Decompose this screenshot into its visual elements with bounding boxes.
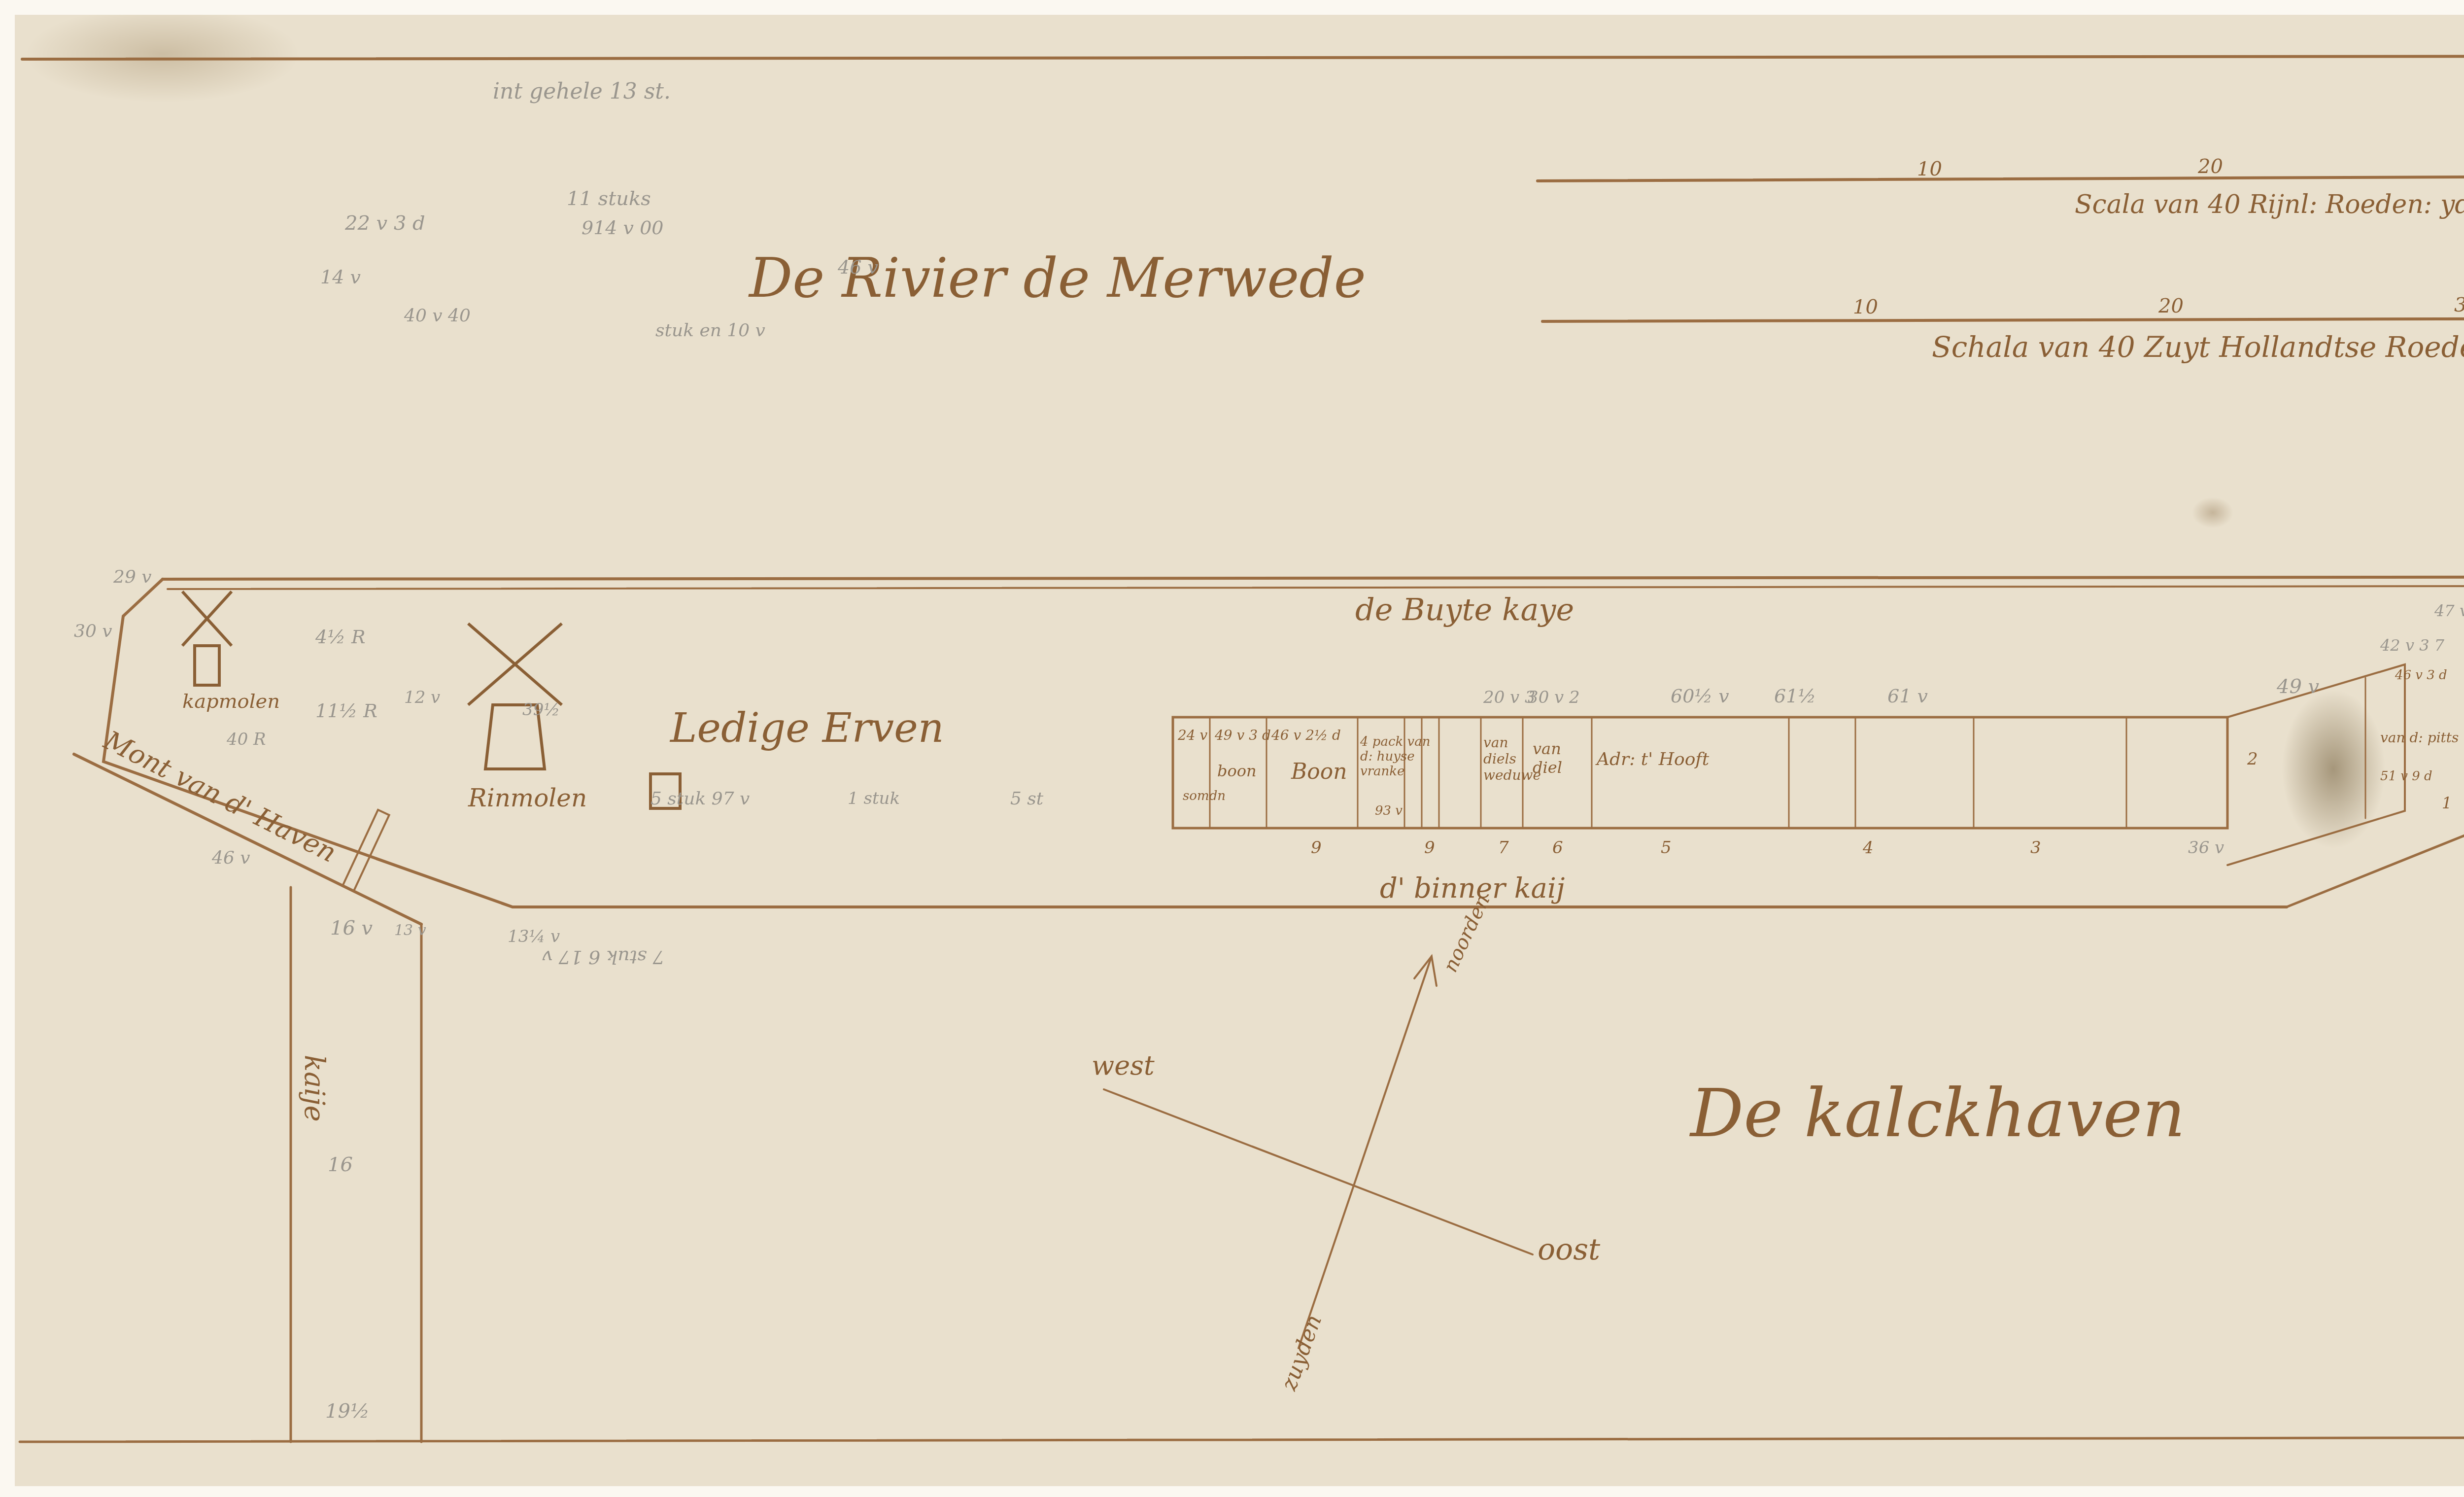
tick-10: 10 — [1917, 158, 1942, 180]
parcel-measure: 61½ — [1774, 685, 1816, 707]
parcel-number: 4 — [1863, 838, 1874, 858]
parcel-number: 5 — [1661, 838, 1672, 858]
pencil-note: 40 v 40 — [404, 306, 471, 326]
parcel-measure: 60½ v — [1671, 685, 1729, 707]
parcel-owner: van d: pitts — [2380, 730, 2459, 746]
pencil-note: 14 v — [320, 266, 361, 288]
pencil-note: 914 v 00 — [582, 217, 664, 239]
parcel-number: 3 — [2030, 838, 2041, 858]
pencil-note: 46 v — [212, 848, 250, 868]
pencil-note: 11 stuks — [567, 187, 651, 210]
parcel-owner: 4 pack van d: huyse vranke — [1360, 734, 1444, 779]
parcel-measure: 46 v 3 d — [2395, 668, 2447, 683]
harbour-label: De kalckhaven — [1690, 1075, 2185, 1152]
parcel-measure: 61 v — [1887, 685, 1928, 707]
pencil-note: 40 R — [227, 730, 266, 749]
scale-caption-south-holland: Schala van 40 Zuyt Hollandtse Roeden — [1932, 330, 2464, 364]
kapmolen-label: kapmolen — [182, 690, 280, 713]
parcel-measure: 49 v 3 d — [1215, 727, 1271, 743]
pencil-note: 5 stuk 97 v — [650, 789, 750, 809]
parcel-owner: van diels weduwe — [1483, 734, 1523, 783]
left-quay-label: kaije — [298, 1055, 330, 1122]
pencil-note: 13¼ v — [508, 927, 560, 946]
pencil-note: 47 v 3 — [2434, 601, 2464, 620]
pencil-note: 46 v — [838, 256, 878, 278]
pencil-note: 36 v — [2188, 838, 2224, 858]
pencil-note: stuk en 10 v — [655, 320, 765, 341]
parcel-measure: 49 v — [2277, 675, 2319, 698]
tick-10: 10 — [1853, 296, 1878, 318]
pencil-note: 39½ — [522, 700, 560, 720]
parcel-number: 9 — [1311, 838, 1322, 858]
scale-caption-rhineland: Scala van 40 Rijnl: Roeden: yder van 12 … — [2075, 190, 2464, 219]
pencil-note: 30 v — [74, 621, 112, 641]
tick-30: 30 — [2454, 294, 2464, 316]
parcel-measure: 93 v — [1375, 803, 1403, 818]
pencil-note: 11½ R — [315, 700, 377, 722]
parcel-owner: Boon — [1291, 759, 1347, 784]
rinmolen-label: Rinmolen — [468, 784, 587, 812]
parcel-measure: 24 v — [1178, 727, 1207, 743]
parcel-note: 51 v 9 d — [2380, 769, 2432, 784]
pencil-note: int gehele 13 st. — [493, 79, 671, 104]
tick-20: 20 — [2198, 155, 2223, 178]
pencil-note: 7 stuk 6 17 v — [542, 946, 665, 968]
pencil-note: 29 v — [113, 567, 152, 587]
pencil-note: 16 v — [330, 917, 373, 940]
tick-20: 20 — [2158, 295, 2184, 317]
pencil-note: 19½ — [325, 1400, 370, 1423]
parcel-note: somdn — [1183, 789, 1226, 803]
parcel-number: 1 — [2442, 794, 2452, 812]
pencil-note: 22 v 3 d — [345, 212, 425, 235]
compass-east: oost — [1538, 1232, 1600, 1267]
pencil-note: 13 v — [394, 922, 426, 939]
parcel-owner: van diel — [1533, 739, 1572, 777]
parcel-measure: 30 v 2 — [1528, 688, 1580, 707]
pencil-note: 12 v — [404, 688, 440, 707]
empty-lots-label: Ledige Erven — [670, 705, 944, 752]
parcel-number: 2 — [2247, 749, 2258, 769]
pencil-note: 42 v 3 7 — [2380, 636, 2444, 655]
parcel-owner: boon — [1217, 762, 1257, 780]
compass-west: west — [1092, 1050, 1155, 1081]
parcel-owner: Adr: t' Hooft — [1597, 749, 1709, 769]
parcel-number: 6 — [1552, 838, 1563, 858]
parcel-measure: 46 v 2½ d — [1271, 727, 1341, 743]
pencil-note: 4½ R — [315, 626, 366, 648]
pencil-note: 5 st — [1010, 789, 1043, 809]
pencil-note: 16 — [328, 1153, 353, 1176]
outer-quay-label: de Buyte kaye — [1355, 592, 1574, 627]
parcel-number: 9 — [1424, 838, 1435, 858]
pencil-note: 1 stuk — [848, 789, 900, 808]
parcel-number: 7 — [1498, 838, 1509, 858]
